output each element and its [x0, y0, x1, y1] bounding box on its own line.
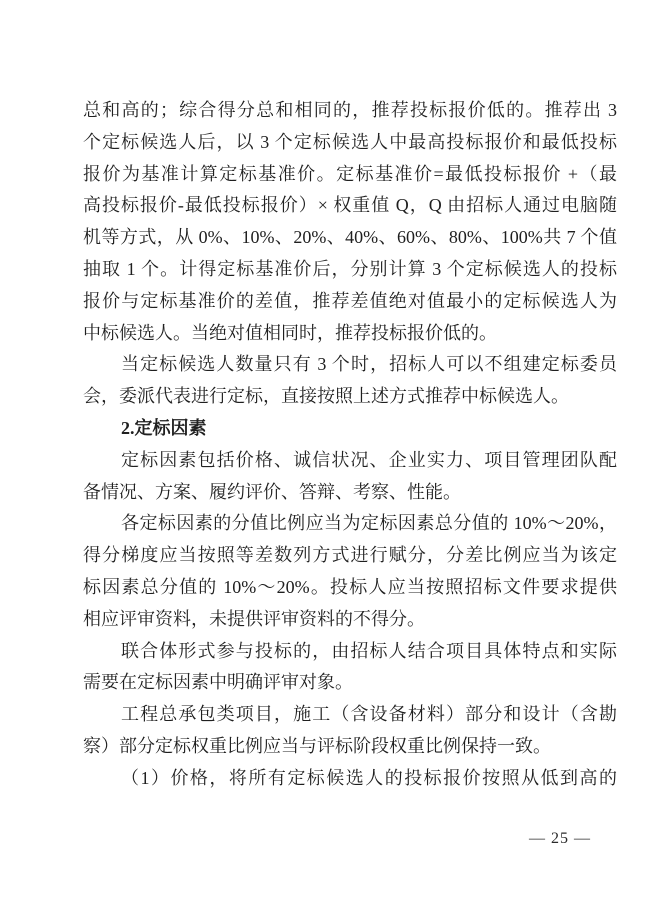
- text-line: （1）价格，将所有定标候选人的投标报价按照从低到高的: [83, 763, 617, 795]
- text-line: 抽取 1 个。计得定标基准价后，分别计算 3 个定标候选人的投标: [83, 254, 617, 286]
- text-line: 定标因素包括价格、诚信状况、企业实力、项目管理团队配: [83, 445, 617, 477]
- page-number: — 25 —: [529, 829, 591, 849]
- text-line: 个定标候选人后，以 3 个定标候选人中最高投标报价和最低投标: [83, 127, 617, 159]
- text-line: 察）部分定标权重比例应当与评标阶段权重比例保持一致。: [83, 731, 617, 763]
- text-line: 需要在定标因素中明确评审对象。: [83, 667, 617, 699]
- section-heading: 2.定标因素: [83, 413, 617, 445]
- text-line: 中标候选人。当绝对值相同时，推荐投标报价低的。: [83, 318, 617, 350]
- text-line: 备情况、方案、履约评价、答辩、考察、性能。: [83, 477, 617, 509]
- document-body: 总和高的；综合得分总和相同的，推荐投标报价低的。推荐出 3个定标候选人后，以 3…: [83, 95, 617, 795]
- text-line: 各定标因素的分值比例应当为定标因素总分值的 10%～20%，: [83, 508, 617, 540]
- document-page: 总和高的；综合得分总和相同的，推荐投标报价低的。推荐出 3个定标候选人后，以 3…: [0, 0, 668, 924]
- text-line: 报价为基准计算定标基准价。定标基准价=最低投标报价 +（最: [83, 159, 617, 191]
- text-line: 高投标报价-最低投标报价）× 权重值 Q，Q 由招标人通过电脑随: [83, 190, 617, 222]
- text-line: 报价与定标基准价的差值，推荐差值绝对值最小的定标候选人为: [83, 286, 617, 318]
- text-line: 联合体形式参与投标的，由招标人结合项目具体特点和实际: [83, 636, 617, 668]
- text-line: 得分梯度应当按照等差数列方式进行赋分，分差比例应当为该定: [83, 540, 617, 572]
- text-line: 机等方式，从 0%、10%、20%、40%、60%、80%、100%共 7 个值…: [83, 222, 617, 254]
- text-line: 相应评审资料，未提供评审资料的不得分。: [83, 604, 617, 636]
- text-line: 标因素总分值的 10%～20%。投标人应当按照招标文件要求提供: [83, 572, 617, 604]
- text-line: 当定标候选人数量只有 3 个时，招标人可以不组建定标委员: [83, 349, 617, 381]
- text-line: 工程总承包类项目，施工（含设备材料）部分和设计（含勘: [83, 699, 617, 731]
- text-line: 会，委派代表进行定标，直接按照上述方式推荐中标候选人。: [83, 381, 617, 413]
- text-line: 总和高的；综合得分总和相同的，推荐投标报价低的。推荐出 3: [83, 95, 617, 127]
